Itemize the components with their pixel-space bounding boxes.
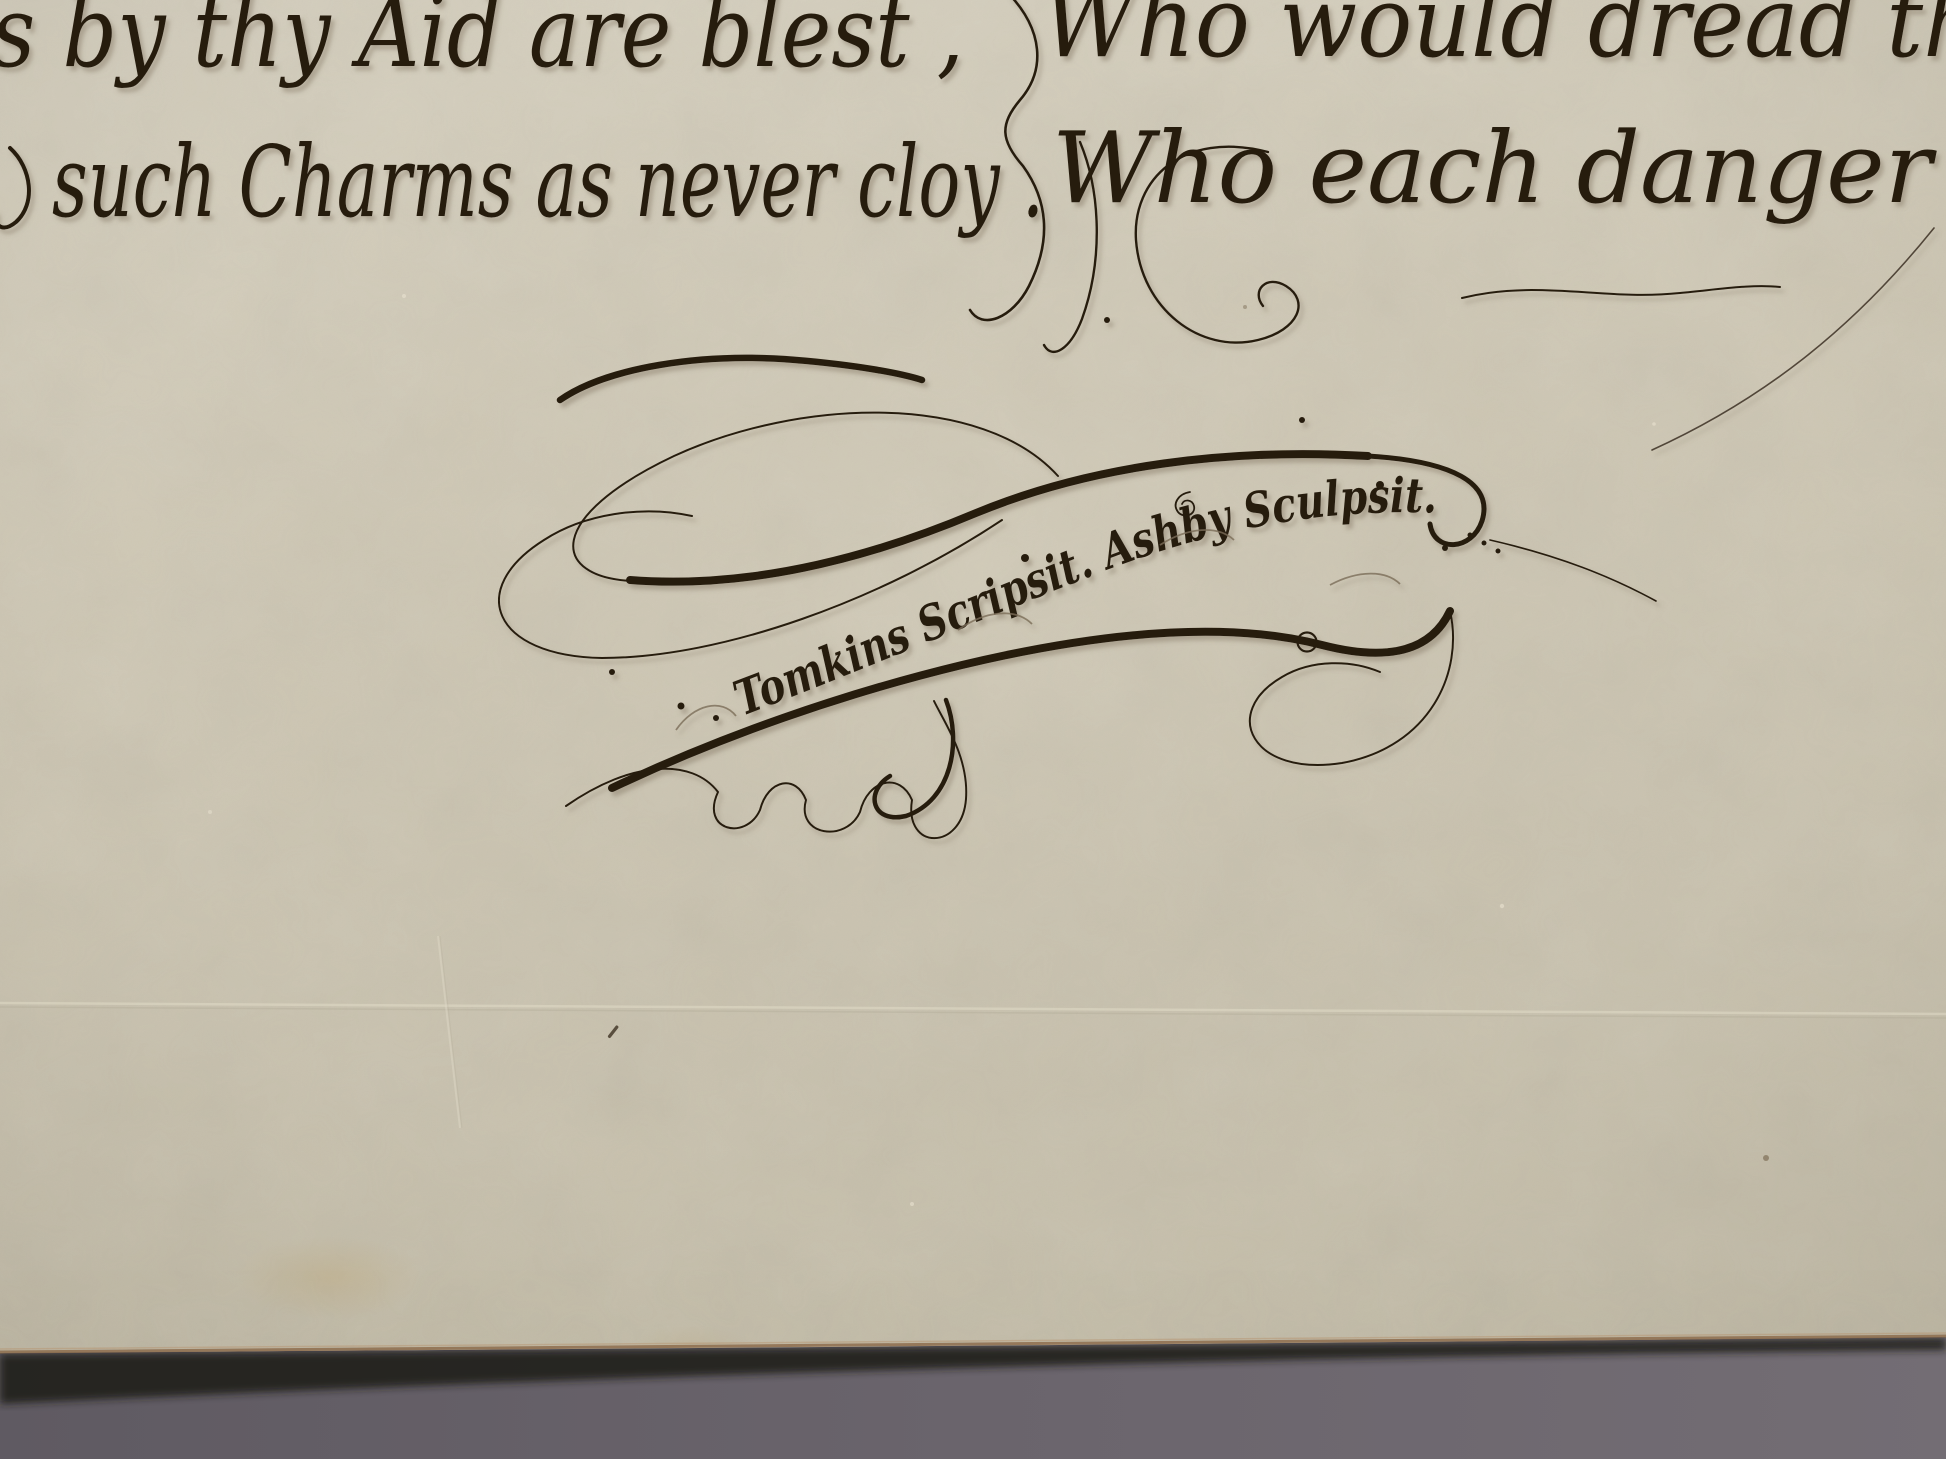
- script-line-left-1: ls by thy Aid are blest ,: [0, 0, 964, 90]
- ink-dot: [1442, 545, 1448, 551]
- dust-speck: [910, 1202, 914, 1206]
- paper-texture: ls by thy Aid are blest , such Charms as…: [0, 0, 1946, 1459]
- script-line-left-2: such Charms as never cloy .: [52, 126, 1044, 240]
- script-line-right-1: Who would dread th: [1042, 0, 1946, 80]
- speck: [1763, 1155, 1769, 1161]
- ink-dot: [1468, 533, 1473, 538]
- ink-dot: [1496, 549, 1501, 554]
- foxing-stain: [235, 1236, 425, 1320]
- speck: [1243, 305, 1247, 309]
- dust-speck: [1500, 904, 1504, 908]
- dust-speck: [208, 810, 212, 814]
- dust-speck: [1652, 422, 1656, 426]
- calligraphy-document-photo: ls by thy Aid are blest , such Charms as…: [0, 0, 1946, 1459]
- ink-dot: [1299, 417, 1305, 423]
- ink-dot: [713, 715, 719, 721]
- dust-speck: [402, 294, 406, 298]
- ink-dot: [678, 703, 685, 710]
- ink-dot: [1482, 541, 1487, 546]
- document-photo-canvas: ls by thy Aid are blest , such Charms as…: [0, 0, 1946, 1459]
- script-line-right-2: Who each danger: [1052, 112, 1937, 226]
- ink-dot: [1104, 317, 1110, 323]
- ink-dot: [609, 669, 615, 675]
